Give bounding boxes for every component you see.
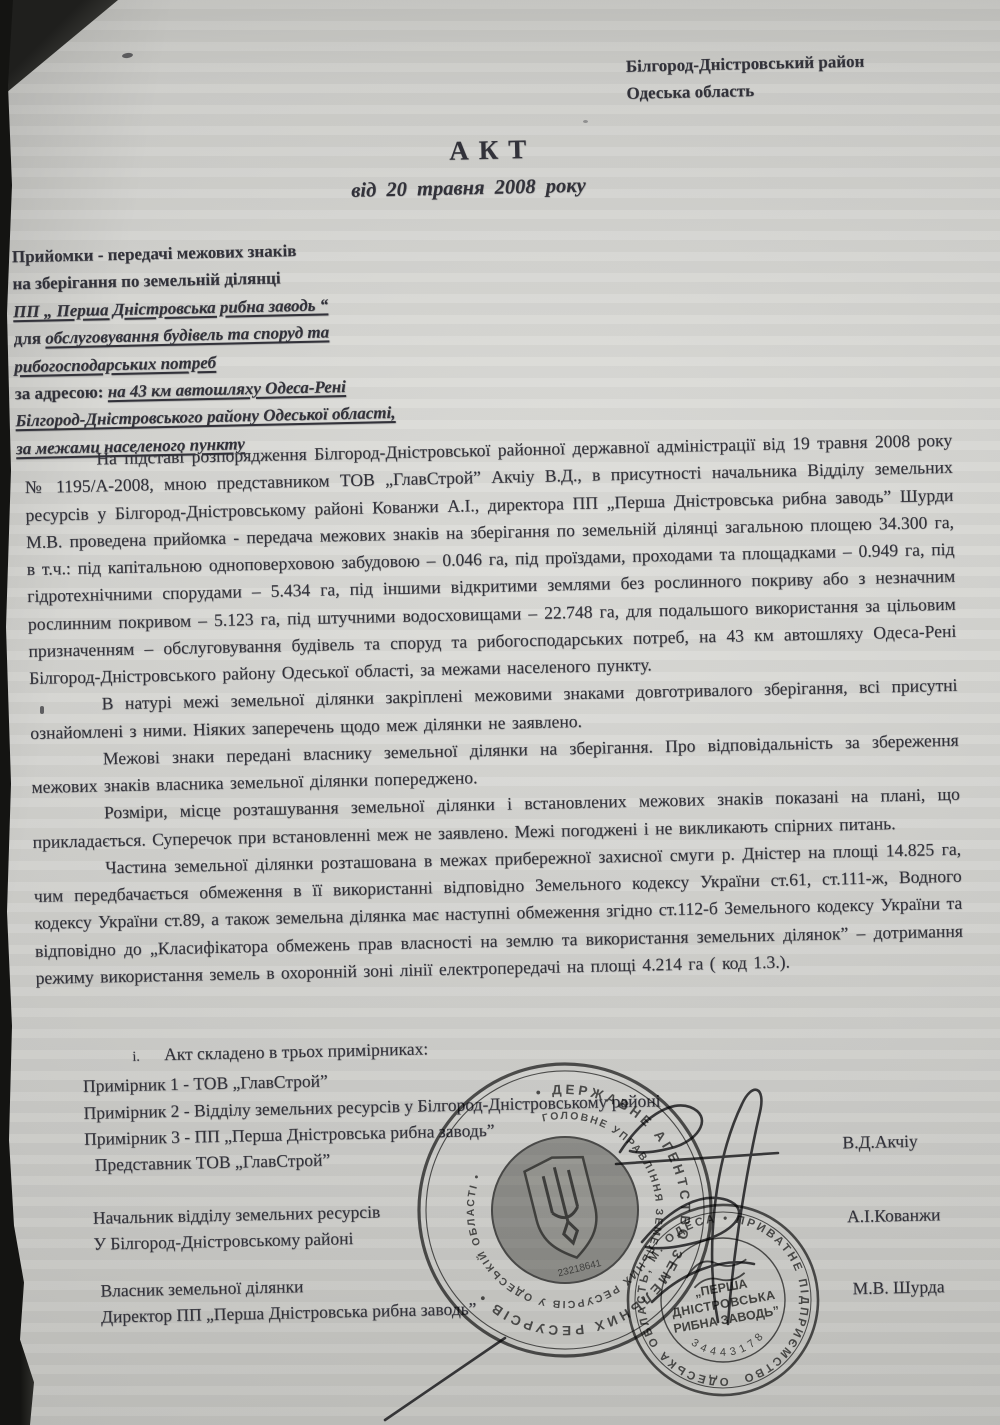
scanned-act-document: Білгород-Дністровський район Одеська обл…	[0, 0, 1000, 1425]
handwritten-signature	[0, 0, 1000, 1425]
